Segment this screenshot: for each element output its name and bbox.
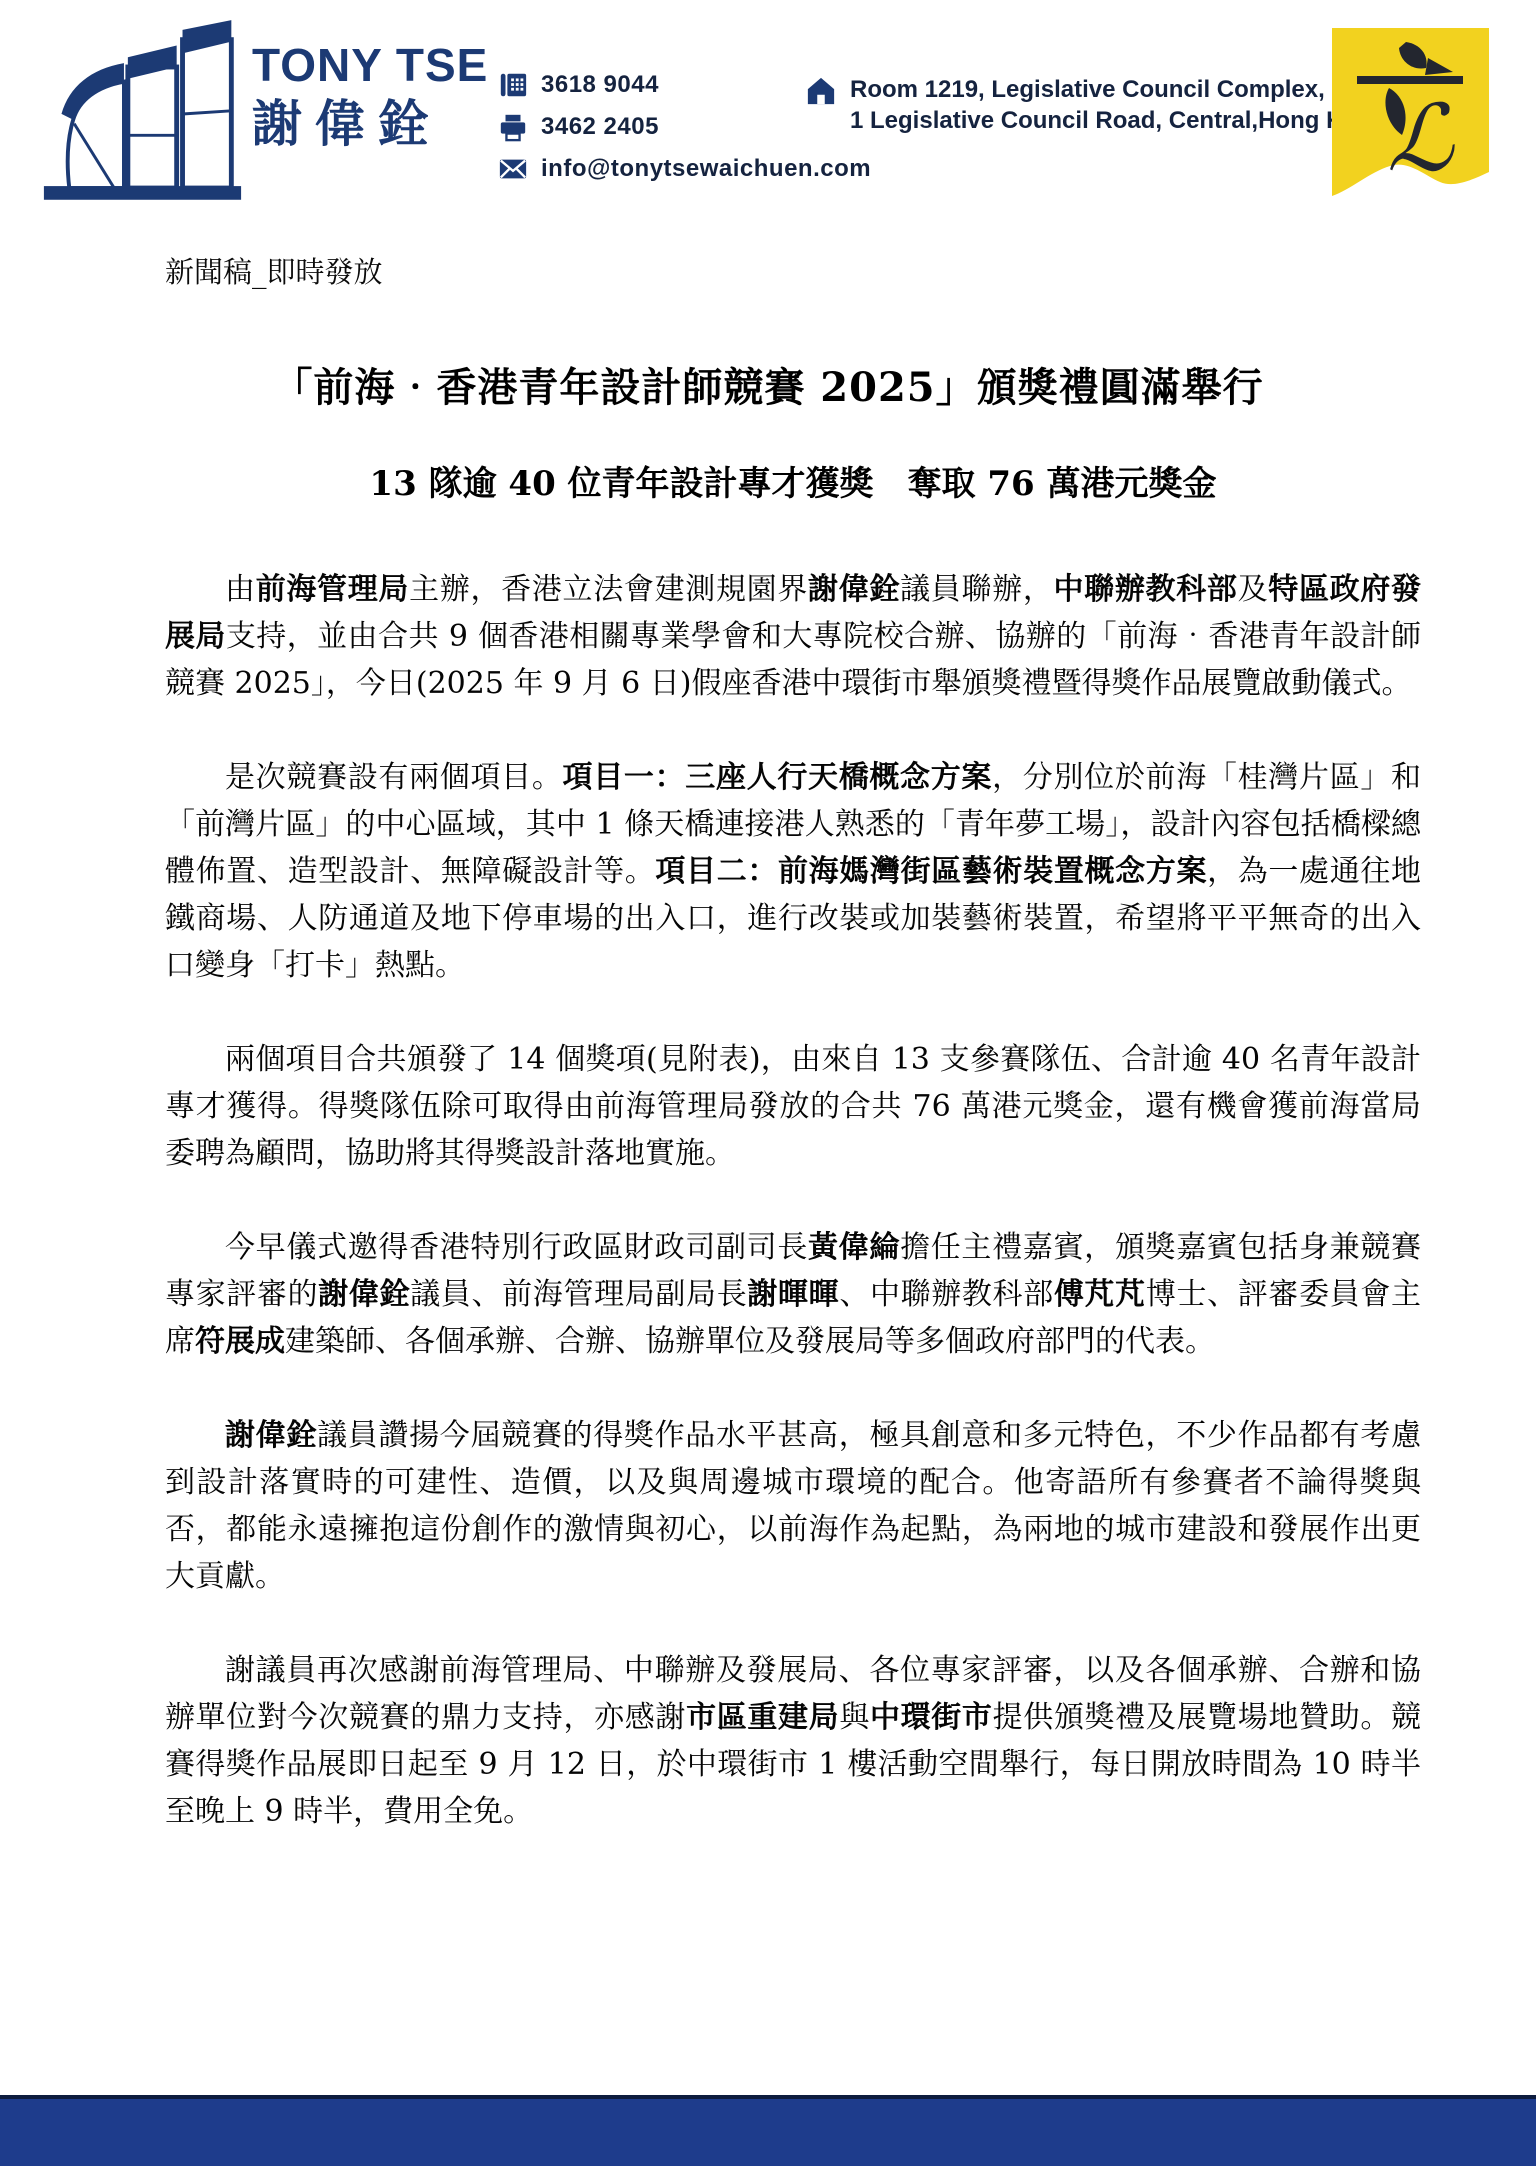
legco-building-icon xyxy=(40,14,245,202)
brand-name-en: TONY TSE xyxy=(252,40,488,91)
footer-bar xyxy=(0,2095,1536,2166)
text-run: 黃偉綸 xyxy=(808,1230,900,1265)
text-run: 支持，並由合共 9 個香港相關專業學會和大專院校合辦、協辦的「前海‧香港青年設計… xyxy=(165,619,1421,701)
text-run: 傅芃芃 xyxy=(1054,1277,1146,1312)
monogram-script-l: ℒ xyxy=(1387,85,1455,192)
house-icon xyxy=(806,76,836,106)
body-paragraph: 兩個項目合共頒發了 14 個獎項(見附表)，由來自 13 支參賽隊伍、合計逾 4… xyxy=(165,1036,1421,1177)
body-paragraph: 由前海管理局主辦，香港立法會建測規園界謝偉銓議員聯辦，中聯辦教科部及特區政府發展… xyxy=(165,566,1421,707)
text-run: 前海管理局 xyxy=(256,572,409,607)
envelope-icon xyxy=(498,154,528,184)
body-paragraph: 今早儀式邀得香港特別行政區財政司副司長黃偉綸擔任主禮嘉賓，頒獎嘉賓包括身兼競賽專… xyxy=(165,1224,1421,1365)
letterhead: TONY TSE 謝偉銓 3618 9044 xyxy=(0,0,1536,215)
email-row: info@tonytsewaichuen.com xyxy=(498,154,871,184)
text-run: 是次競賽設有兩個項目。 xyxy=(225,760,563,795)
text-run: 中環街市 xyxy=(870,1700,993,1735)
body-paragraph: 謝偉銓議員讚揚今屆競賽的得獎作品水平甚高，極具創意和多元特色，不少作品都有考慮到… xyxy=(165,1412,1421,1600)
text-run: 謝偉銓 xyxy=(318,1277,410,1312)
text-run: 建築師、各個承辦、合辦、協辦單位及發展局等多個政府部門的代表。 xyxy=(285,1324,1215,1359)
text-run: 謝暉暉 xyxy=(747,1277,839,1312)
phone-number: 3618 9044 xyxy=(541,71,659,99)
fax-number: 3462 2405 xyxy=(541,113,659,141)
text-run: 由 xyxy=(225,572,256,607)
text-run: 與 xyxy=(839,1700,870,1735)
brand-name-zh: 謝偉銓 xyxy=(252,97,488,152)
phone-keypad-icon xyxy=(498,70,528,100)
address-line2: 1 Legislative Council Road, Central,Hong… xyxy=(850,105,1387,136)
body-paragraph: 是次競賽設有兩個項目。項目一：三座人行天橋概念方案，分別位於前海「桂灣片區」和「… xyxy=(165,754,1421,989)
brand-wordmark: TONY TSE 謝偉銓 xyxy=(252,40,488,152)
address-block: Room 1219, Legislative Council Complex, … xyxy=(806,74,1387,136)
address-line1: Room 1219, Legislative Council Complex, xyxy=(850,74,1387,105)
text-run: 、中聯辦教科部 xyxy=(839,1277,1054,1312)
paragraphs: 由前海管理局主辦，香港立法會建測規園界謝偉銓議員聯辦，中聯辦教科部及特區政府發展… xyxy=(165,566,1421,1882)
text-run: 議員聯辦， xyxy=(900,572,1053,607)
document-title: 「前海‧香港青年設計師競賽 2025」頒獎禮圓滿舉行 xyxy=(140,356,1396,413)
text-run: 謝偉銓 xyxy=(808,572,900,607)
text-run: 今早儀式邀得香港特別行政區財政司副司長 xyxy=(225,1230,808,1265)
text-run: 市區重建局 xyxy=(686,1700,839,1735)
text-run: 議員、前海管理局副局長 xyxy=(410,1277,747,1312)
text-run: 主辦，香港立法會建測規園界 xyxy=(409,572,808,607)
document-subtitle: 13 隊逾 40 位青年設計專才獲獎 奪取 76 萬港元獎金 xyxy=(165,456,1421,505)
text-run: 議員讚揚今屆競賽的得獎作品水平甚高，極具創意和多元特色，不少作品都有考慮到設計落… xyxy=(165,1418,1421,1594)
text-run: 符展成 xyxy=(195,1324,285,1359)
text-run: 項目二：前海媽灣街區藝術裝置概念方案 xyxy=(655,854,1207,889)
release-label: 新聞稿_即時發放 xyxy=(165,250,383,291)
text-run: 及 xyxy=(1238,572,1269,607)
press-release-page: TONY TSE 謝偉銓 3618 9044 xyxy=(0,0,1536,2172)
email-address: info@tonytsewaichuen.com xyxy=(541,155,871,183)
text-run: 兩個項目合共頒發了 14 個獎項(見附表)，由來自 13 支參賽隊伍、合計逾 4… xyxy=(165,1042,1421,1171)
legco-flag-icon: ℒ xyxy=(1332,28,1489,198)
text-run: 項目一：三座人行天橋概念方案 xyxy=(563,760,993,795)
text-run: 中聯辦教科部 xyxy=(1054,572,1238,607)
fax-printer-icon xyxy=(498,112,528,142)
body-paragraph: 謝議員再次感謝前海管理局、中聯辦及發展局、各位專家評審，以及各個承辦、合辦和協辦… xyxy=(165,1647,1421,1835)
text-run: 謝偉銓 xyxy=(225,1418,317,1453)
